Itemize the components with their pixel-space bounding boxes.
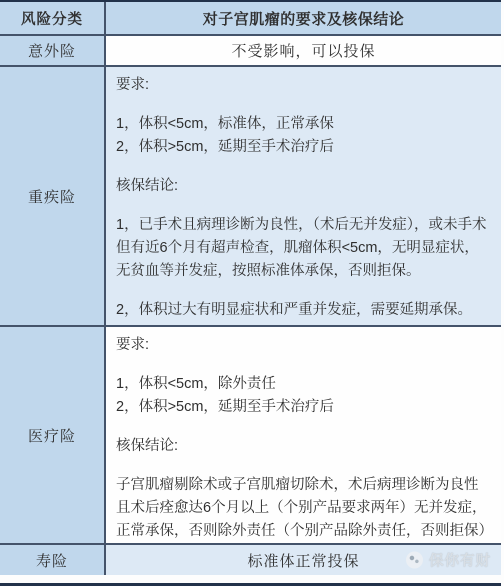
row-content-accident-insurance: 不受影响，可以投保 <box>106 36 501 65</box>
row-label-life-insurance: 寿险 <box>0 545 106 575</box>
row-content-critical-illness-insurance: 要求: 1，体积<5cm，标准体，正常承保 2，体积>5cm，延期至手术治疗后 … <box>106 67 501 325</box>
conclusion-paragraph: 子宫肌瘤剔除术或子宫肌瘤切除术，术后病理诊断为良性且术后痊愈达6个月以上（个别产… <box>116 474 491 543</box>
table-header-row: 风险分类 对子宫肌瘤的要求及核保结论 <box>0 2 501 36</box>
conclusion-heading: 核保结论: <box>116 175 491 198</box>
table-row-critical-illness-insurance: 重疾险 要求: 1，体积<5cm，标准体，正常承保 2，体积>5cm，延期至手术… <box>0 67 501 327</box>
table-row-accident-insurance: 意外险 不受影响，可以投保 <box>0 36 501 67</box>
table-row-life-insurance: 寿险 标准体正常投保 保你有财 <box>0 545 501 575</box>
requirements-heading: 要求: <box>116 74 491 97</box>
watermark: 保你有财 <box>406 550 491 571</box>
conclusion-heading: 核保结论: <box>116 435 491 458</box>
watermark-text: 保你有财 <box>429 550 491 571</box>
requirements-list: 1，体积<5cm，标准体，正常承保 2，体积>5cm，延期至手术治疗后 <box>116 113 491 159</box>
table-row-medical-insurance: 医疗险 要求: 1，体积<5cm，除外责任 2，体积>5cm，延期至手术治疗后 … <box>0 327 501 545</box>
row-label-critical-illness-insurance: 重疾险 <box>0 67 106 325</box>
row-content-life-insurance: 标准体正常投保 保你有财 <box>106 545 501 575</box>
requirements-list: 1，体积<5cm，除外责任 2，体积>5cm，延期至手术治疗后 <box>116 373 491 419</box>
life-insurance-conclusion-text: 标准体正常投保 <box>247 550 359 571</box>
conclusion-item-2: 2，体积过大有明显症状和严重并发症，需要延期承保。 <box>116 299 491 322</box>
row-content-medical-insurance: 要求: 1，体积<5cm，除外责任 2，体积>5cm，延期至手术治疗后 核保结论… <box>106 327 501 543</box>
underwriting-table: 风险分类 对子宫肌瘤的要求及核保结论 意外险 不受影响，可以投保 重疾险 要求:… <box>0 0 501 586</box>
header-cell-requirements: 对子宫肌瘤的要求及核保结论 <box>106 2 501 34</box>
conclusion-item-1: 1，已手术且病理诊断为良性，（术后无并发症），或未手术但有近6个月有超声检查，肌… <box>116 214 491 283</box>
row-label-accident-insurance: 意外险 <box>0 36 106 65</box>
brand-logo-circle-icon <box>406 552 423 569</box>
row-label-medical-insurance: 医疗险 <box>0 327 106 543</box>
requirements-heading: 要求: <box>116 334 491 357</box>
header-cell-risk-category: 风险分类 <box>0 2 106 34</box>
